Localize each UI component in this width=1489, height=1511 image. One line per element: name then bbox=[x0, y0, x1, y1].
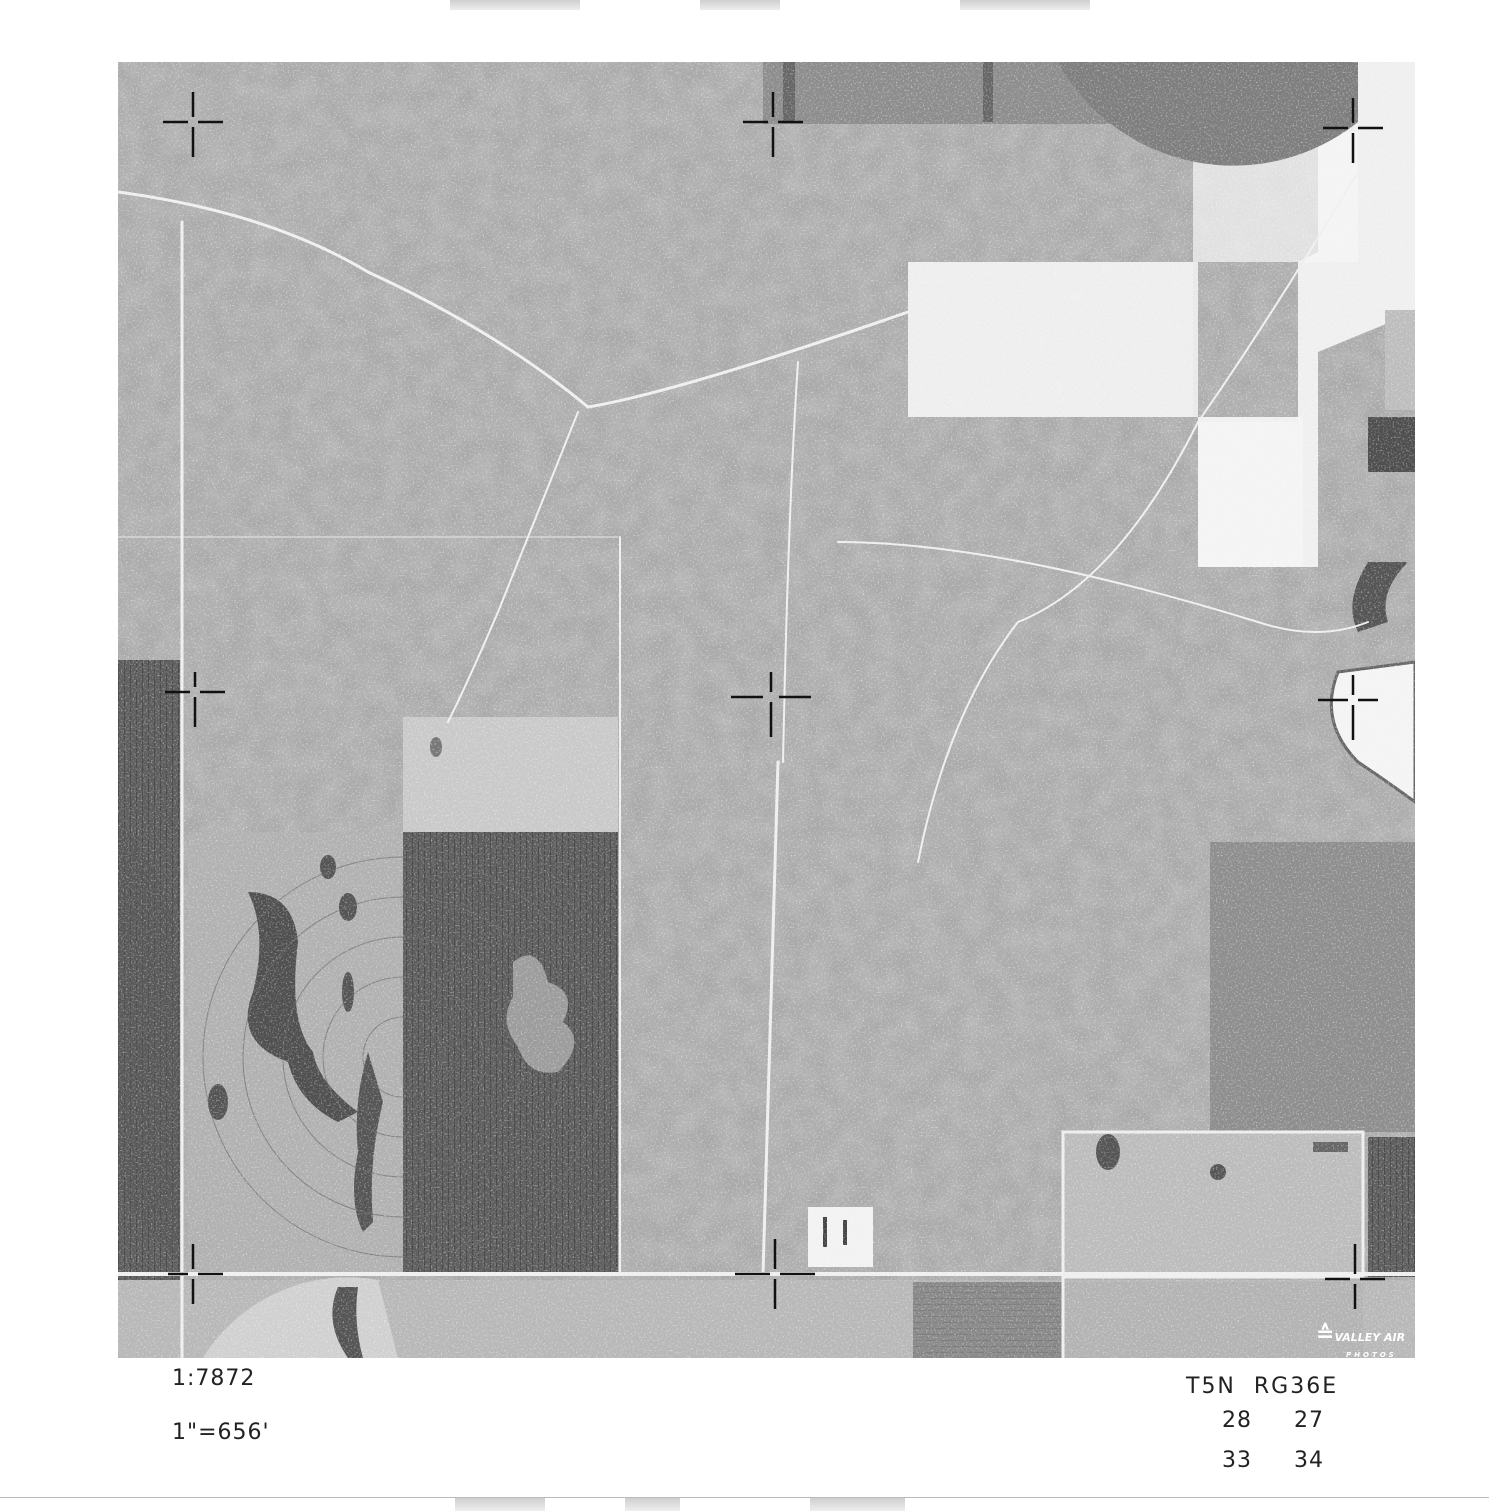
section-number: 33 bbox=[1222, 1448, 1252, 1473]
section-number: 28 bbox=[1222, 1408, 1252, 1433]
scale-ratio: 1:7872 bbox=[172, 1366, 255, 1391]
section-number: 34 bbox=[1294, 1448, 1324, 1473]
aerial-photo: ≙VALLEY AIRPHOTOS bbox=[118, 62, 1415, 1358]
township-range: T5N RG36E bbox=[1186, 1374, 1338, 1399]
scan-edge-top bbox=[0, 0, 1489, 10]
scan-edge-bottom bbox=[0, 1493, 1489, 1511]
valley-air-watermark: ≙VALLEY AIRPHOTOS bbox=[1316, 1322, 1415, 1352]
section-number: 27 bbox=[1294, 1408, 1324, 1433]
scale-inch-feet: 1"=656' bbox=[172, 1420, 270, 1445]
